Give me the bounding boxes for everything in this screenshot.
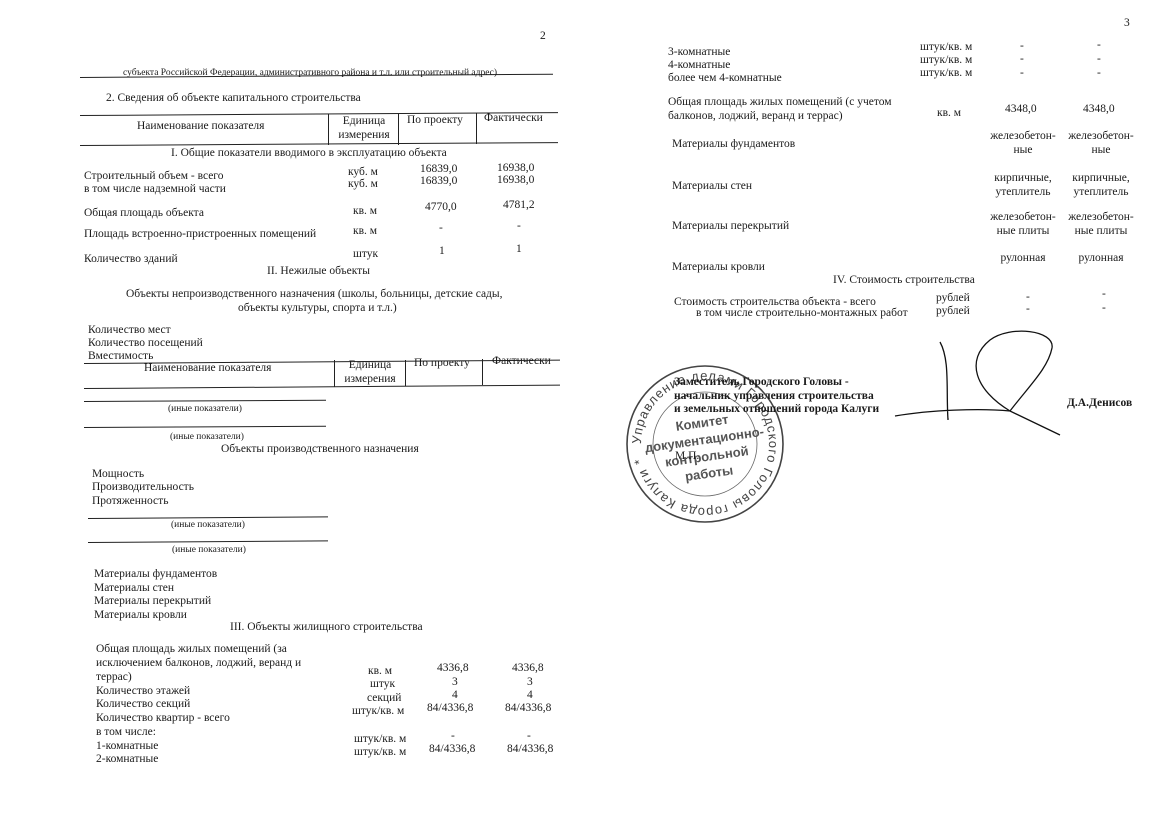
col-divider — [328, 114, 329, 145]
address-caption: субъекта Российской Федерации, администр… — [123, 68, 497, 79]
row-unit: штук/кв. м — [354, 746, 406, 760]
header2-unit-line1: Единица — [336, 359, 404, 373]
row-actual: - — [517, 220, 521, 234]
row-project: - — [1020, 67, 1024, 81]
material-actual-l1: железобетон- — [1063, 211, 1139, 225]
row-project: - — [1020, 40, 1024, 54]
material-project: рулонная — [985, 252, 1061, 266]
other-caption: (иные показатели) — [170, 432, 244, 443]
prod-item: Мощность — [92, 468, 144, 482]
row-project: 4 — [452, 689, 458, 703]
col-divider — [334, 360, 335, 387]
row-actual: 4781,2 — [503, 199, 535, 213]
material-actual: железобетон-ные — [1063, 130, 1139, 157]
row-unit: штук/кв. м — [354, 733, 406, 747]
material-project-l2: ные плиты — [985, 225, 1061, 239]
material-name: Материалы стен — [672, 180, 752, 194]
section2-title: II. Нежилые объекты — [267, 265, 370, 279]
material-item: Материалы кровли — [94, 609, 187, 623]
cost-actual: - — [1102, 302, 1106, 316]
total-living-project: 4348,0 — [1005, 103, 1037, 117]
page-number-right: 3 — [1124, 17, 1130, 31]
col-divider — [398, 114, 399, 145]
material-actual-l1: кирпичные, — [1063, 172, 1139, 186]
row-name: Площадь встроенно-пристроенных помещений — [84, 228, 316, 242]
material-actual-l2: утеплитель — [1063, 186, 1139, 200]
prod-item: Производительность — [92, 481, 194, 495]
prod-item: Протяженность — [92, 495, 168, 509]
col-divider — [405, 360, 406, 386]
total-living-actual: 4348,0 — [1083, 103, 1115, 117]
material-project: кирпичные,утеплитель — [985, 172, 1061, 199]
blank-line — [84, 400, 326, 402]
section-title: 2. Сведения об объекте капитального стро… — [106, 92, 361, 106]
material-name: Материалы перекрытий — [672, 220, 789, 234]
row-project: 84/4336,8 — [427, 702, 473, 716]
cost-name: в том числе строительно-монтажных работ — [696, 307, 908, 321]
table-header-bottom-border — [80, 142, 558, 146]
nonprod-item: Количество посещений — [88, 337, 203, 351]
row-name: Количество зданий — [84, 253, 178, 267]
section1-title: I. Общие показатели вводимого в эксплуат… — [171, 147, 447, 161]
row-unit: кв. м — [353, 205, 377, 219]
material-item: Материалы перекрытий — [94, 595, 211, 609]
header2-name: Наименование показателя — [144, 362, 271, 376]
row-name: 1-комнатные — [96, 740, 158, 754]
col-divider — [482, 359, 483, 385]
section4-title: IV. Стоимость строительства — [833, 274, 975, 288]
row-actual: - — [1097, 39, 1101, 53]
material-project-l1: железобетон- — [985, 130, 1061, 144]
total-living-unit: кв. м — [937, 107, 961, 121]
material-project: железобетон-ные плиты — [985, 211, 1061, 238]
row-actual: - — [527, 730, 531, 744]
row-project: 84/4336,8 — [429, 743, 475, 757]
living-area-line2: исключением балконов, лоджий, веранд и — [96, 657, 301, 671]
header-name: Наименование показателя — [137, 120, 264, 134]
row-unit: штук/кв. м — [920, 41, 972, 55]
including-label: в том числе: — [96, 726, 156, 740]
row-name: Количество секций — [96, 698, 190, 712]
total-living-line1: Общая площадь жилых помещений (с учетом — [668, 96, 892, 110]
cost-unit: рублей — [936, 292, 970, 306]
cost-project: - — [1026, 303, 1030, 317]
row-project: 4770,0 — [425, 201, 457, 215]
living-area-line1: Общая площадь жилых помещений (за — [96, 643, 287, 657]
row-name: Количество квартир - всего — [96, 712, 230, 726]
material-actual: кирпичные,утеплитель — [1063, 172, 1139, 199]
nonprod-title-line1: Объекты непроизводственного назначения (… — [126, 288, 503, 302]
cost-actual: - — [1102, 288, 1106, 302]
material-actual-l2: ные плиты — [1063, 225, 1139, 239]
section3-title: III. Объекты жилищного строительства — [230, 621, 423, 635]
table2-header-bottom-border — [84, 385, 560, 389]
row-project: - — [439, 222, 443, 236]
row-actual: 4 — [527, 689, 533, 703]
row-actual: 16938,0 — [497, 174, 534, 188]
header-project: По проекту — [407, 114, 463, 128]
other-caption: (иные показатели) — [171, 520, 245, 531]
row-name: Строительный объем - всего — [84, 170, 223, 184]
row-name: Количество этажей — [96, 685, 190, 699]
header-unit-line1: Единица — [330, 115, 398, 129]
row-project: 1 — [439, 245, 445, 259]
nonprod-title-line2: объекты культуры, спорта и т.л.) — [238, 302, 397, 316]
row-name: Общая площадь объекта — [84, 207, 204, 221]
row-actual: - — [1097, 53, 1101, 67]
signature-mark — [780, 330, 1080, 440]
header2-project: По проекту — [414, 357, 470, 371]
row-unit: штук — [353, 248, 378, 262]
row-name: в том числе надземной части — [84, 183, 226, 197]
row-project: - — [1020, 53, 1024, 67]
row-actual: - — [1097, 67, 1101, 81]
header-unit-line2: измерения — [330, 129, 398, 143]
header2-unit-line2: измерения — [336, 373, 404, 387]
page-number-left: 2 — [540, 30, 546, 44]
material-project-l2: ные — [985, 144, 1061, 158]
row-actual: 1 — [516, 243, 522, 257]
blank-line — [84, 426, 326, 428]
living-area-project: 4336,8 — [437, 662, 469, 676]
material-actual: железобетон-ные плиты — [1063, 211, 1139, 238]
material-actual-l1: железобетон- — [1063, 130, 1139, 144]
living-area-unit: кв. м — [368, 665, 392, 679]
cost-unit: рублей — [936, 305, 970, 319]
row-name: 2-комнатные — [96, 753, 158, 767]
blank-line — [88, 516, 328, 519]
prod-title: Объекты производственного назначения — [221, 443, 419, 457]
header2-actual: Фактически — [492, 355, 551, 369]
row-actual: 84/4336,8 — [507, 743, 553, 757]
living-area-line3: террас) — [96, 671, 132, 685]
row-name: более чем 4-комнатные — [668, 72, 782, 86]
header-actual: Фактически — [484, 112, 543, 126]
row-unit: штук/кв. м — [920, 67, 972, 81]
row-actual: 84/4336,8 — [505, 702, 551, 716]
header-unit: Единица измерения — [330, 115, 398, 142]
row-unit: куб. м — [348, 178, 378, 192]
row-project: 3 — [452, 676, 458, 690]
row-unit: штук/кв. м — [352, 705, 404, 719]
nonprod-item: Количество мест — [88, 324, 171, 338]
blank-line — [88, 540, 328, 543]
material-name: Материалы кровли — [672, 261, 765, 275]
header2-unit: Единица измерения — [336, 359, 404, 386]
material-actual-l2: ные — [1063, 144, 1139, 158]
material-actual: рулонная — [1063, 252, 1139, 266]
col-divider — [476, 113, 477, 144]
row-name: 4-комнатные — [668, 59, 730, 73]
row-unit: штук/кв. м — [920, 54, 972, 68]
row-actual: 3 — [527, 676, 533, 690]
material-item: Материалы стен — [94, 582, 174, 596]
other-caption: (иные показатели) — [172, 545, 246, 556]
row-unit: секций — [367, 692, 401, 706]
material-project-l2: утеплитель — [985, 186, 1061, 200]
seal-label: М.П. — [675, 450, 699, 464]
other-caption: (иные показатели) — [168, 404, 242, 415]
material-item: Материалы фундаментов — [94, 568, 217, 582]
row-name: 3-комнатные — [668, 46, 730, 60]
material-project-l1: кирпичные, — [985, 172, 1061, 186]
material-name: Материалы фундаментов — [672, 138, 795, 152]
material-project: железобетон-ные — [985, 130, 1061, 157]
row-project: - — [451, 730, 455, 744]
material-project-l1: железобетон- — [985, 211, 1061, 225]
total-living-line2: балконов, лоджий, веранд и террас) — [668, 110, 843, 124]
row-project: 16839,0 — [420, 175, 457, 189]
row-unit: кв. м — [353, 225, 377, 239]
living-area-actual: 4336,8 — [512, 662, 544, 676]
row-unit: штук — [370, 678, 395, 692]
